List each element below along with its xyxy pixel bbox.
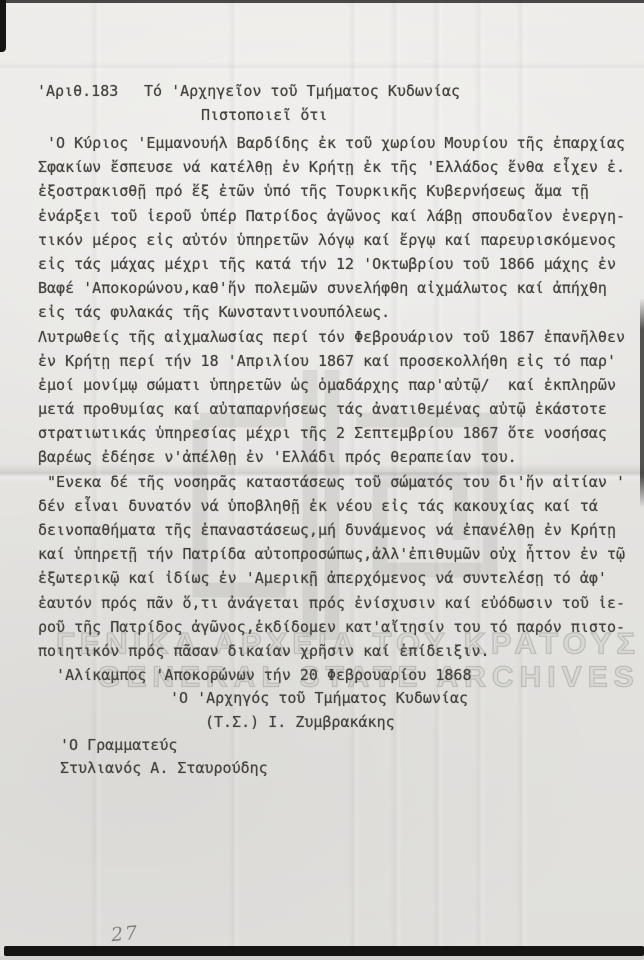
issuer-title: Τό 'Αρχηγεῖον τοῦ Τμήματος Κυδωνίας xyxy=(144,79,460,103)
horizontal-crease-top xyxy=(0,62,644,72)
secretary-title: 'Ο Γραμματεύς xyxy=(60,733,177,757)
document-line: ροῦ τῆς Πατρίδος ἀγῶνος,ἐκδίδομεν κατ'αἴ… xyxy=(38,615,625,639)
scan-edge-top xyxy=(0,0,644,3)
document-line: δέν εἶναι δυνατόν νά ὑποβληθῇ ἐκ νέου εἰ… xyxy=(38,494,625,518)
secretary-name: Στυλιανός Α. Σταυρούδης xyxy=(60,756,268,780)
document-line: ἑαυτόν πρός πᾶν ὅ,τι ἀνάγεται πρός ἐνίσχ… xyxy=(38,591,625,615)
document-line: Βαφέ 'Αποκορώνου,καθ'ἥν πολεμῶν συνελήφθ… xyxy=(38,276,625,300)
scan-edge-right xyxy=(640,298,644,508)
commander-signature: (Τ.Σ.) Ι. Ζυμβρακάκης xyxy=(205,710,395,734)
scanned-document-page: ΓΕΝΙΚΑ ΑΡΧΕΙΑ ΤΟΥ ΚΡΑΤΟΥΣ GENERAL STATE … xyxy=(0,0,644,960)
document-number: 'Αριθ.183 xyxy=(37,79,118,103)
document-line: ἐν Κρήτῃ περί τήν 18 'Απριλίου 1867 καί … xyxy=(38,349,625,373)
document-line: στρατιωτικάς ὑπηρεσίας μέχρι τῆς 2 Σεπτε… xyxy=(38,421,625,445)
document-line: ἐνάρξει τοῦ ἱεροῦ ὑπέρ Πατρίδος ἀγῶνος κ… xyxy=(38,204,625,228)
scan-edge-corner xyxy=(0,0,6,52)
handwritten-page-number: 27 xyxy=(110,922,140,946)
document-line: Λυτρωθείς τῆς αἰχμαλωσίας περί τόν Φεβρο… xyxy=(38,325,625,349)
scan-edge-bottom-bar xyxy=(4,946,644,956)
document-line: ποιητικόν πρός πᾶσαν δικαίαν χρῆσιν καί … xyxy=(38,639,625,663)
document-line: "Ενεκα δέ τῆς νοσηρᾶς καταστάσεως τοῦ σώ… xyxy=(38,470,625,494)
document-line: εἰς τάς φυλακάς τῆς Κωνσταντινουπόλεως. xyxy=(38,300,625,324)
commander-title: 'Ο 'Αρχηγός τοῦ Τμήματος Κυδωνίας xyxy=(170,686,468,710)
document-line: μετά προθυμίας καί αὐταπαρνήσεως τάς ἀνα… xyxy=(38,397,625,421)
document-line: Σφακίων ἔσπευσε νά κατέλθῃ ἐν Κρήτῃ ἐκ τ… xyxy=(38,155,625,179)
certifies-line: Πιστοποιεῖ ὅτι xyxy=(201,103,327,127)
document-body-lines: 'Ο Κύριος 'Εμμανουήλ Βαρδίδης ἐκ τοῦ χωρ… xyxy=(38,131,625,687)
document-line: βαρέως ἐδέησε ν'ἀπέλθῃ ἐν 'Ελλάδι πρός θ… xyxy=(38,445,625,469)
document-line: 'Αλίκαμπος 'Αποκορώνων τήν 20 Φεβρουαρίο… xyxy=(38,663,625,687)
document-line: καί ὑπηρετῇ τήν Πατρίδα αὐτοπροσώπως,ἀλλ… xyxy=(38,542,625,566)
document-line: δεινοπαθήματα τῆς ἐπαναστάσεως,μή δυνάμε… xyxy=(38,518,625,542)
document-line: ἐξοστρακισθῇ πρό ἕξ ἐτῶν ὑπό τῆς Τουρκικ… xyxy=(38,179,625,203)
document-line: 'Ο Κύριος 'Εμμανουήλ Βαρδίδης ἐκ τοῦ χωρ… xyxy=(38,131,625,155)
document-line: εἰς τάς μάχας μέχρι τῆς κατά τήν 12 'Οκτ… xyxy=(38,252,625,276)
document-line: ἐμοί μονίμῳ σώματι ὑπηρετῶν ὡς ὁμαδάρχης… xyxy=(38,373,625,397)
document-line: τικόν μέρος εἰς αὐτόν ὑπηρετῶν λόγῳ καί … xyxy=(38,228,625,252)
document-line: ἐξωτερικῷ καί ἰδίως ἐν 'Αμερικῇ ἀπερχόμε… xyxy=(38,566,625,590)
scan-edge-bottom xyxy=(0,956,644,960)
